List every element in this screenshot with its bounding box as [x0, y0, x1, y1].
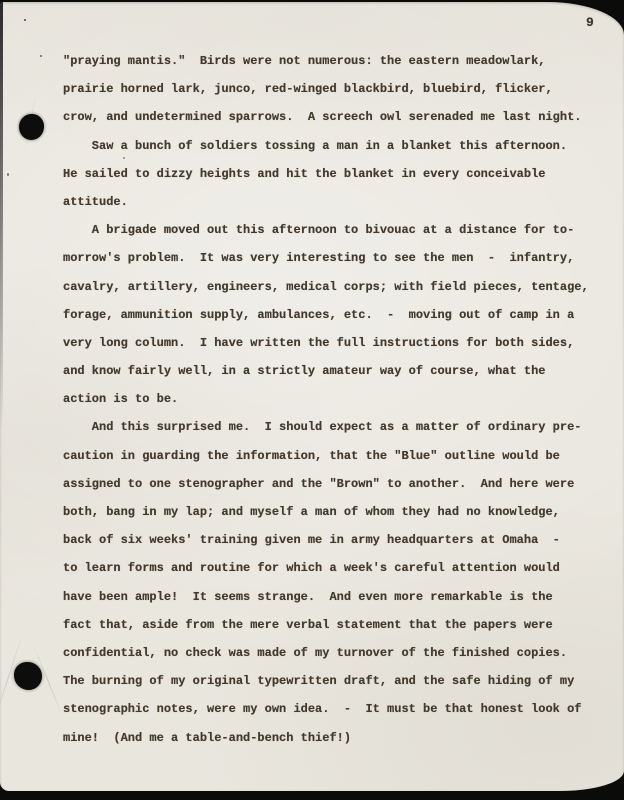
text-line: He sailed to dizzy heights and hit the b…	[63, 160, 603, 188]
text-line: morrow's problem. It was very interestin…	[63, 244, 603, 272]
text-line: And this surprised me. I should expect a…	[63, 413, 603, 441]
text-line: both, bang in my lap; and myself a man o…	[63, 498, 603, 526]
text-line: and know fairly well, in a strictly amat…	[63, 357, 603, 385]
paper-page: 9 "praying mantis." Birds were not numer…	[0, 2, 624, 791]
text-line: back of six weeks' training given me in …	[63, 526, 603, 554]
text-line: stenographic notes, were my own idea. - …	[63, 695, 603, 723]
text-line: Saw a bunch of soldiers tossing a man in…	[63, 132, 603, 160]
page-number: 9	[586, 15, 594, 30]
text-line: prairie horned lark, junco, red-winged b…	[63, 75, 603, 103]
hole-punch-top	[19, 114, 44, 140]
text-line: mine! (And me a table-and-bench thief!)	[63, 724, 603, 752]
paper-speck	[7, 173, 9, 176]
text-line: caution in guarding the information, tha…	[63, 442, 603, 470]
text-line: A brigade moved out this afternoon to bi…	[63, 216, 603, 244]
text-line: cavalry, artillery, engineers, medical c…	[63, 273, 603, 301]
text-line: forage, ammunition supply, ambulances, e…	[63, 301, 603, 329]
text-line: very long column. I have written the ful…	[63, 329, 603, 357]
text-line: attitude.	[63, 188, 603, 216]
scan-background: 9 "praying mantis." Birds were not numer…	[0, 0, 624, 800]
paper-speck	[40, 55, 42, 57]
text-line: assigned to one stenographer and the "Br…	[63, 470, 603, 498]
typewritten-text: "praying mantis." Birds were not numerou…	[63, 47, 603, 752]
text-line: have been ample! It seems strange. And e…	[63, 583, 603, 611]
hole-punch-bottom	[14, 662, 42, 690]
left-edge-shadow	[0, 2, 3, 432]
text-line: action is to be.	[63, 385, 603, 413]
text-line: "praying mantis." Birds were not numerou…	[63, 47, 603, 75]
text-line: fact that, aside from the mere verbal st…	[63, 611, 603, 639]
paper-speck	[24, 19, 26, 21]
text-line: The burning of my original typewritten d…	[63, 667, 603, 695]
text-line: to learn forms and routine for which a w…	[63, 554, 603, 582]
text-line: crow, and undetermined sparrows. A scree…	[63, 103, 603, 131]
text-line: confidential, no check was made of my tu…	[63, 639, 603, 667]
